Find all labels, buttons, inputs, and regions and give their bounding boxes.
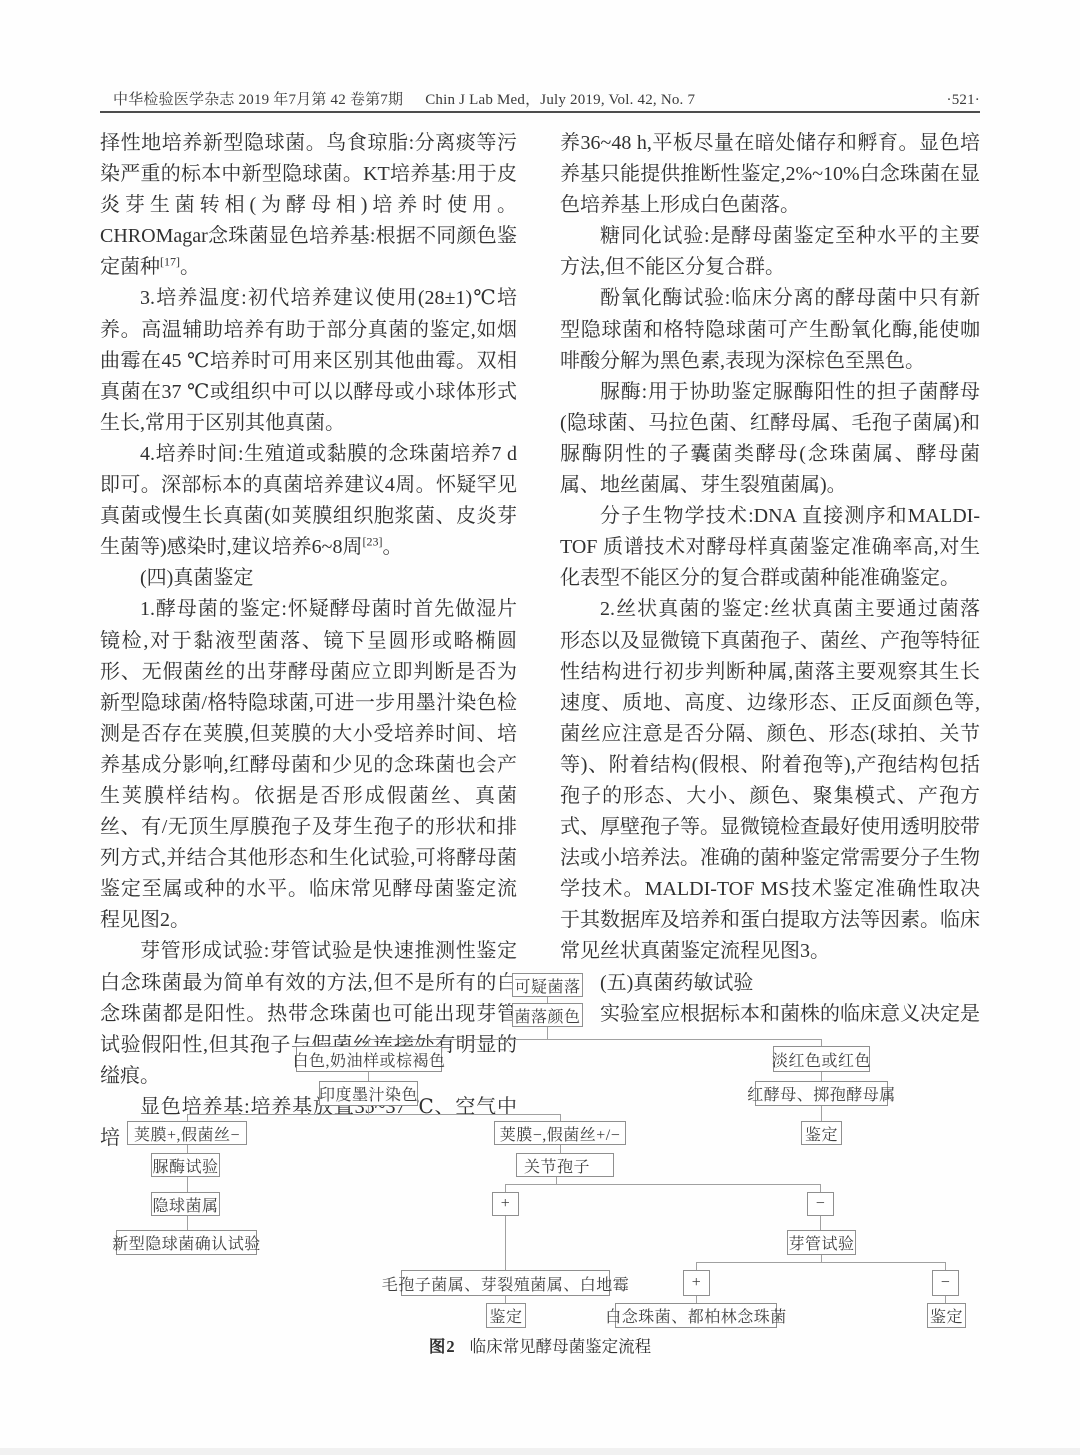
flow-node-suspicious-colony: 可疑菌落 — [512, 973, 583, 997]
journal-page: 中华检验医学杂志 2019 年7月第 42 卷第7期Chin J Lab Med… — [0, 0, 1080, 1455]
flow-node-arthrospore: 关节孢子 — [516, 1153, 614, 1177]
flow-node-light-red-or-red: 淡红色或红色 — [773, 1046, 870, 1072]
flow-node-identify-3: 鉴定 — [927, 1303, 966, 1328]
flow-node-colony-color: 菌落颜色 — [512, 1003, 583, 1027]
flow-node-minus-2: − — [932, 1270, 959, 1296]
flow-node-trichosporon-blastoschizomyces-geotrichum: 毛孢子菌属、芽裂殖菌属、白地霉 — [401, 1270, 610, 1296]
flow-node-urease-test: 脲酶试验 — [151, 1153, 220, 1177]
flow-node-c-albicans-c-dubliniensis: 白念珠菌、都柏林念珠菌 — [615, 1303, 777, 1328]
flow-node-india-ink-stain: 印度墨汁染色 — [319, 1081, 418, 1106]
flow-node-minus-1: − — [807, 1192, 834, 1216]
flow-node-rhodotorula-sporobolomyces: 红酵母、掷孢酵母属 — [755, 1081, 888, 1106]
flow-node-germ-tube-test: 芽管试验 — [787, 1230, 856, 1255]
figure-caption: 图2临床常见酵母菌鉴定流程 — [0, 1333, 1080, 1357]
flow-node-plus-1: + — [492, 1192, 519, 1216]
flow-node-identify-2: 鉴定 — [486, 1303, 526, 1328]
scan-edge-strip — [0, 1448, 1080, 1455]
flow-node-capsule-pos-pseudohyphae-neg: 荚膜+,假菌丝− — [127, 1121, 247, 1145]
figure-caption-label: 图2 — [429, 1337, 456, 1356]
flow-node-white-creamy-brown: 白色,奶油样或棕褐色 — [296, 1046, 442, 1072]
flow-node-capsule-neg-pseudohyphae-pos-neg: 荚膜−,假菌丝+/− — [494, 1121, 626, 1145]
flow-node-cryptococcus-genus: 隐球菌属 — [151, 1192, 220, 1216]
figure-caption-text: 临床常见酵母菌鉴定流程 — [470, 1337, 652, 1356]
flow-node-plus-2: + — [683, 1270, 710, 1296]
flow-node-identify-1: 鉴定 — [801, 1121, 842, 1145]
flow-node-c-neoformans-confirm-test: 新型隐球菌确认试验 — [116, 1230, 257, 1255]
